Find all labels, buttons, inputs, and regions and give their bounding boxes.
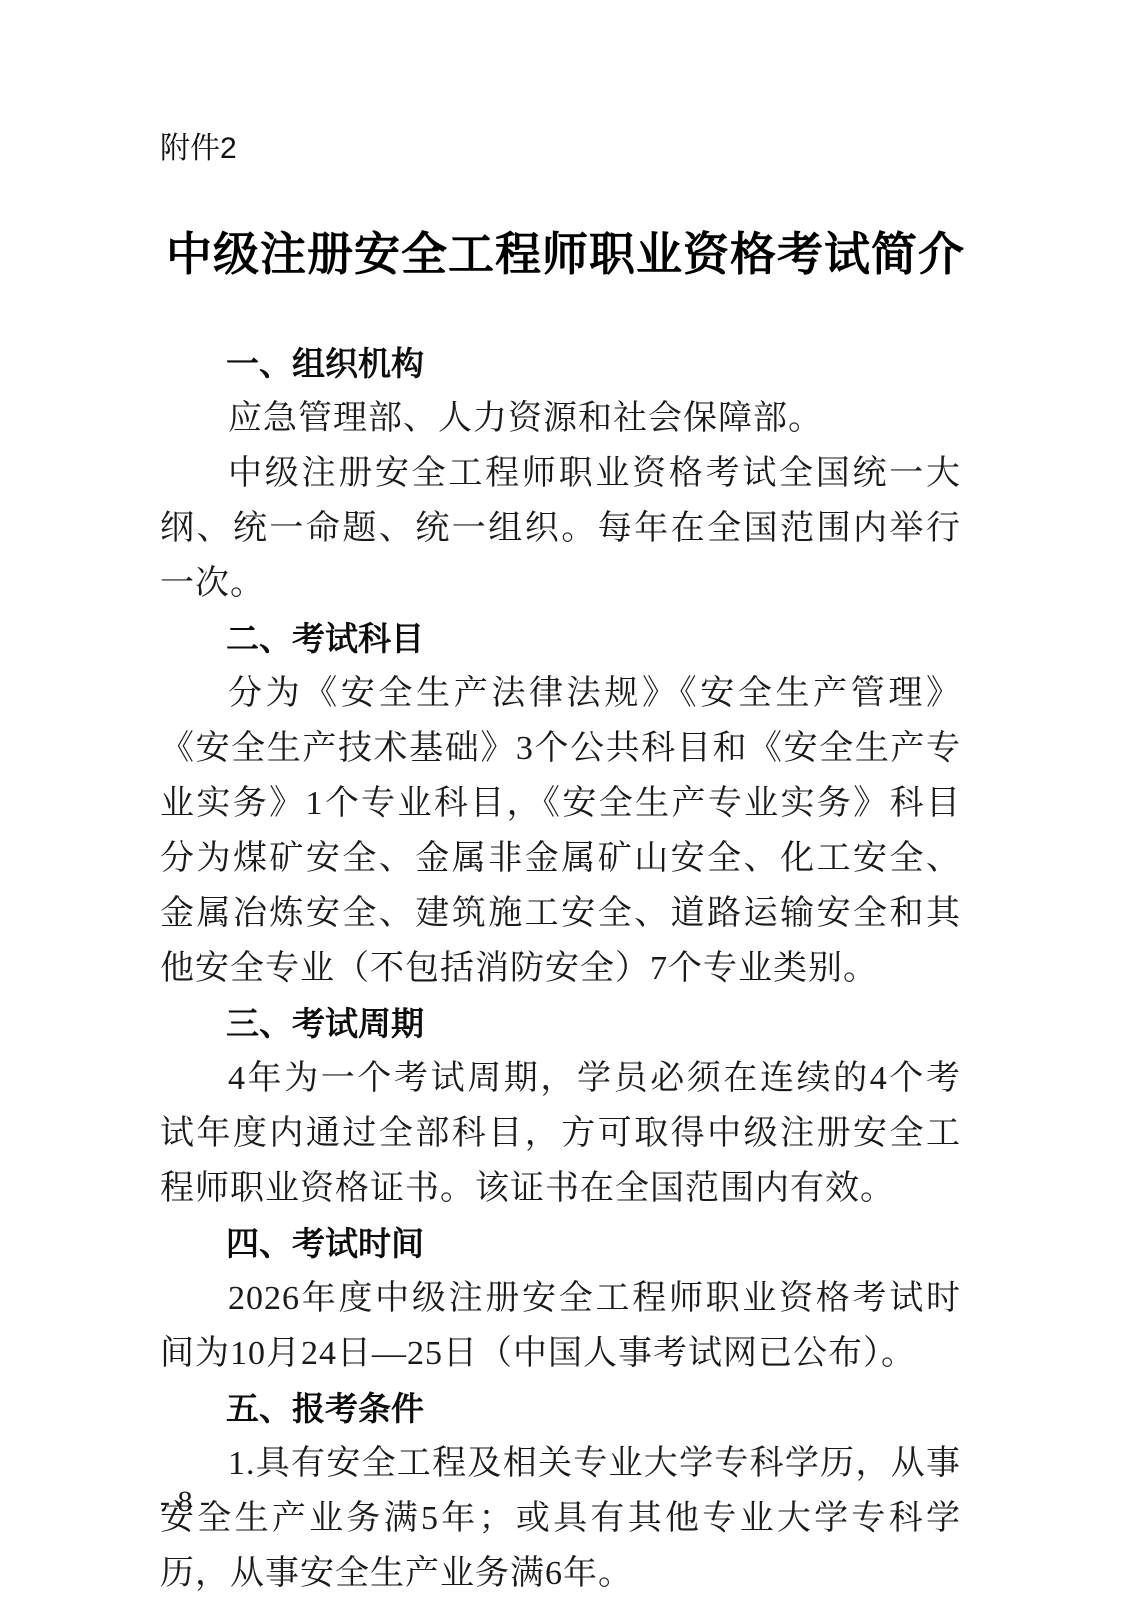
section-exam-time: 四、考试时间 2026年度中级注册安全工程师职业资格考试时间为10月24日—25… [160, 1216, 961, 1381]
page-number: - 8 - [160, 1482, 210, 1522]
attachment-label: 附件2 [0, 0, 1131, 170]
document-body: 一、组织机构 应急管理部、人力资源和社会保障部。 中级注册安全工程师职业资格考试… [160, 336, 961, 1600]
section-exam-subjects: 二、考试科目 分为《安全生产法律法规》《安全生产管理》《安全生产技术基础》3个公… [160, 611, 961, 996]
section-heading-application-requirements: 五、报考条件 [160, 1381, 961, 1436]
section-heading-exam-subjects: 二、考试科目 [160, 611, 961, 666]
document-page: 附件2 中级注册安全工程师职业资格考试简介 一、组织机构 应急管理部、人力资源和… [0, 0, 1131, 1600]
paragraph-exam-cycle: 4年为一个考试周期，学员必须在连续的4个考试年度内通过全部科目，方可取得中级注册… [160, 1051, 961, 1216]
section-heading-exam-cycle: 三、考试周期 [160, 996, 961, 1051]
section-exam-cycle: 三、考试周期 4年为一个考试周期，学员必须在连续的4个考试年度内通过全部科目，方… [160, 996, 961, 1216]
section-heading-exam-time: 四、考试时间 [160, 1216, 961, 1271]
section-organization: 一、组织机构 应急管理部、人力资源和社会保障部。 中级注册安全工程师职业资格考试… [160, 336, 961, 611]
paragraph-exam-subjects: 分为《安全生产法律法规》《安全生产管理》《安全生产技术基础》3个公共科目和《安全… [160, 666, 961, 996]
paragraph-exam-time: 2026年度中级注册安全工程师职业资格考试时间为10月24日—25日（中国人事考… [160, 1271, 961, 1381]
paragraph-application-requirements: 1.具有安全工程及相关专业大学专科学历，从事安全生产业务满5年；或具有其他专业大… [160, 1436, 961, 1600]
section-application-requirements: 五、报考条件 1.具有安全工程及相关专业大学专科学历，从事安全生产业务满5年；或… [160, 1381, 961, 1600]
paragraph-organization-2: 中级注册安全工程师职业资格考试全国统一大纲、统一命题、统一组织。每年在全国范围内… [160, 446, 961, 611]
section-heading-organization: 一、组织机构 [160, 336, 961, 391]
document-title: 中级注册安全工程师职业资格考试简介 [120, 220, 1011, 290]
paragraph-organization-1: 应急管理部、人力资源和社会保障部。 [160, 391, 961, 446]
